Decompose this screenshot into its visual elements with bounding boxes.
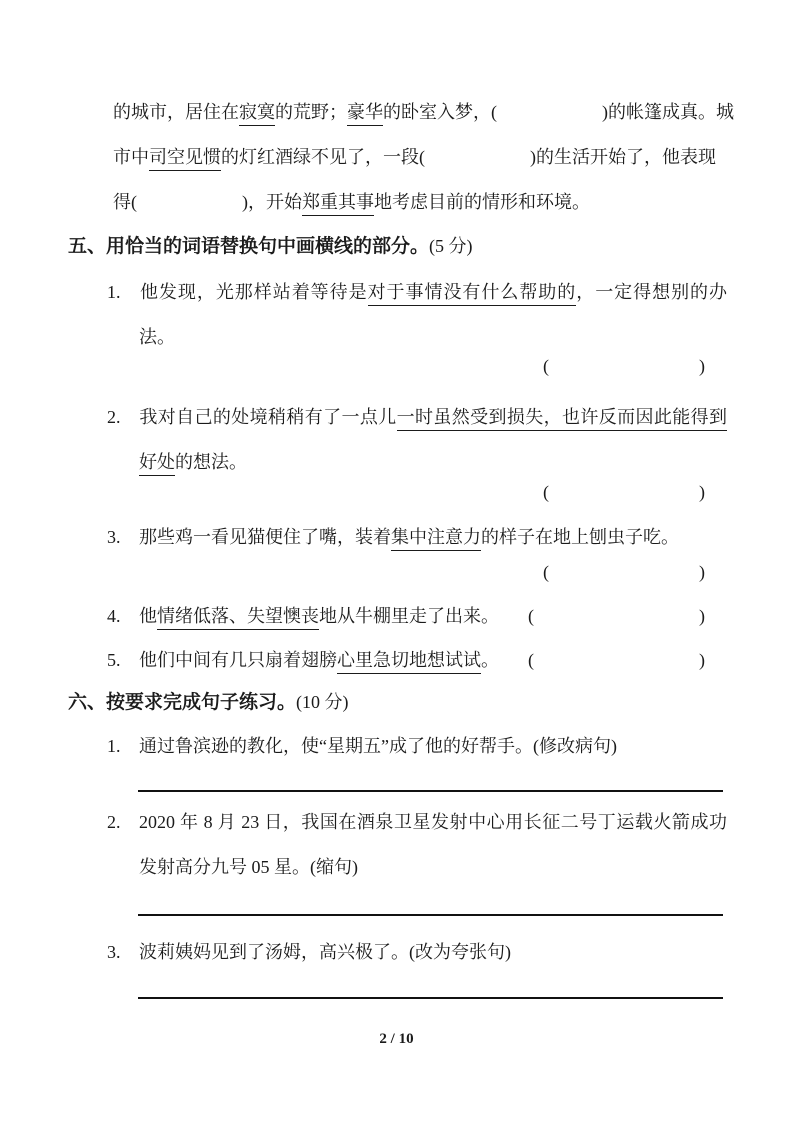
intro-line: 市中司空见惯的灯红酒绿不见了，一段()的生活开始了，他表现 [113, 135, 734, 180]
answer-paren-row-5-1: () [107, 344, 727, 389]
underlined-phrase: 情绪低落、失望懊丧 [157, 606, 319, 630]
text-run: 的样子在地上刨虫子吃。 [481, 527, 679, 547]
item-text: 波莉姨妈见到了汤姆，高兴极了。(改为夸张句) [139, 942, 511, 962]
text-run: )，开始 [242, 192, 302, 212]
item-sentence: 5.他们中间有几只扇着翅膀心里急切地想试试。 [107, 638, 499, 683]
text-run: 的想法。 [175, 452, 247, 472]
text-run: 他们中间有几只扇着翅膀 [139, 650, 337, 670]
item-text: 那些鸡一看见猫便住了嘴，装着集中注意力的样子在地上刨虫子吃。 [139, 527, 679, 551]
item-text: 通过鲁滨逊的教化，使“星期五”成了他的好帮手。(修改病句) [139, 736, 617, 756]
item-text: 他们中间有几只扇着翅膀心里急切地想试试。 [139, 650, 499, 674]
text-run: ) [699, 650, 705, 670]
section-5-points: (5 分) [429, 236, 473, 256]
section-5-heading: 五、用恰当的词语替换句中画横线的部分。(5 分) [68, 224, 473, 269]
text-run: 地考虑目前的情形和环境。 [374, 192, 590, 212]
underlined-phrase: 集中注意力 [391, 527, 481, 551]
underlined-phrase: 豪华 [347, 102, 383, 126]
text-run: 地从牛棚里走了出来。 [319, 606, 499, 626]
section-6-title: 六、按要求完成句子练习。 [68, 692, 296, 713]
underlined-phrase: 寂寞 [239, 102, 275, 126]
item-text: 2020 年 8 月 23 日，我国在酒泉卫星发射中心用长征二号丁运载火箭成功发… [139, 812, 727, 877]
text-run: ) [699, 482, 705, 502]
text-run: 得( [113, 192, 137, 212]
section-6-points: (10 分) [296, 692, 349, 712]
text-run: 我对自己的处境稍稍有了一点儿 [139, 407, 397, 427]
text-run: ) [699, 606, 705, 626]
question-item-5-5: 5.他们中间有几只扇着翅膀心里急切地想试试。 () [107, 638, 727, 683]
text-run: 的城市，居住在 [113, 102, 239, 122]
section-6-heading: 六、按要求完成句子练习。(10 分) [68, 680, 349, 725]
underlined-phrase: 郑重其事 [302, 192, 374, 216]
answer-line [138, 790, 723, 792]
text-run: 2020 年 8 月 23 日，我国在酒泉卫星发射中心用长征二号丁运载火箭成功发… [139, 812, 727, 877]
answer-paren: () [528, 594, 705, 639]
item-number: 1. [107, 724, 139, 769]
item-number: 2. [107, 395, 139, 440]
exam-paper-page: 的城市，居住在寂寞的荒野；豪华的卧室入梦，()的帐篷成真。城 市中司空见惯的灯红… [0, 0, 793, 1122]
item-number: 1. [107, 270, 139, 315]
text-run: 。 [481, 650, 499, 670]
intro-paragraph: 的城市，居住在寂寞的荒野；豪华的卧室入梦，()的帐篷成真。城 市中司空见惯的灯红… [113, 90, 734, 225]
text-run: 的卧室入梦，( [383, 102, 497, 122]
text-run: ( [543, 562, 549, 582]
text-run: 的灯红酒绿不见了，一段( [221, 147, 425, 167]
question-item-5-4: 4.他情绪低落、失望懊丧地从牛棚里走了出来。 () [107, 594, 727, 639]
text-run: )的生活开始了，他表现 [530, 147, 716, 167]
text-run: 他发现，光那样站着等待是 [139, 282, 368, 302]
text-run: ( [543, 482, 549, 502]
text-run: )的帐篷成真。城 [602, 102, 734, 122]
item-text: 他情绪低落、失望懊丧地从牛棚里走了出来。 [139, 606, 499, 630]
item-text: 他发现，光那样站着等待是对于事情没有什么帮助的，一定得想别的办法。 [139, 282, 727, 347]
text-run: 波莉姨妈见到了汤姆，高兴极了。(改为夸张句) [139, 942, 511, 962]
question-item-6-2: 2.2020 年 8 月 23 日，我国在酒泉卫星发射中心用长征二号丁运载火箭成… [107, 800, 727, 890]
answer-line [138, 914, 723, 916]
intro-line: 得()，开始郑重其事地考虑目前的情形和环境。 [113, 180, 734, 225]
item-text: 我对自己的处境稍稍有了一点儿一时虽然受到损失，也许反而因此能得到好处的想法。 [139, 407, 727, 476]
text-run: ( [528, 606, 534, 626]
underlined-phrase: 心里急切地想试试 [337, 650, 481, 674]
answer-paren-row-5-3: () [107, 550, 727, 595]
item-number: 4. [107, 594, 139, 639]
underlined-phrase: 对于事情没有什么帮助的 [368, 282, 577, 306]
text-run: 的荒野； [275, 102, 347, 122]
item-number: 3. [107, 930, 139, 975]
item-number: 2. [107, 800, 139, 845]
page-number: 2 / 10 [0, 1031, 793, 1048]
intro-line: 的城市，居住在寂寞的荒野；豪华的卧室入梦，()的帐篷成真。城 [113, 90, 734, 135]
question-item-6-3: 3.波莉姨妈见到了汤姆，高兴极了。(改为夸张句) [107, 930, 727, 975]
item-sentence: 4.他情绪低落、失望懊丧地从牛棚里走了出来。 [107, 594, 499, 639]
answer-paren: () [528, 638, 705, 683]
text-run: 市中 [113, 147, 149, 167]
item-number: 5. [107, 638, 139, 683]
answer-line [138, 997, 723, 999]
text-run: 通过鲁滨逊的教化，使“星期五”成了他的好帮手。(修改病句) [139, 736, 617, 756]
underlined-phrase: 司空见惯 [149, 147, 221, 171]
section-5-title: 五、用恰当的词语替换句中画横线的部分。 [68, 236, 429, 257]
text-run: ) [699, 562, 705, 582]
text-run: ) [699, 356, 705, 376]
text-run: ( [543, 356, 549, 376]
text-run: ( [528, 650, 534, 670]
answer-paren-row-5-2: () [107, 470, 727, 515]
text-run: 那些鸡一看见猫便住了嘴，装着 [139, 527, 391, 547]
question-item-6-1: 1.通过鲁滨逊的教化，使“星期五”成了他的好帮手。(修改病句) [107, 724, 727, 769]
text-run: 他 [139, 606, 157, 626]
